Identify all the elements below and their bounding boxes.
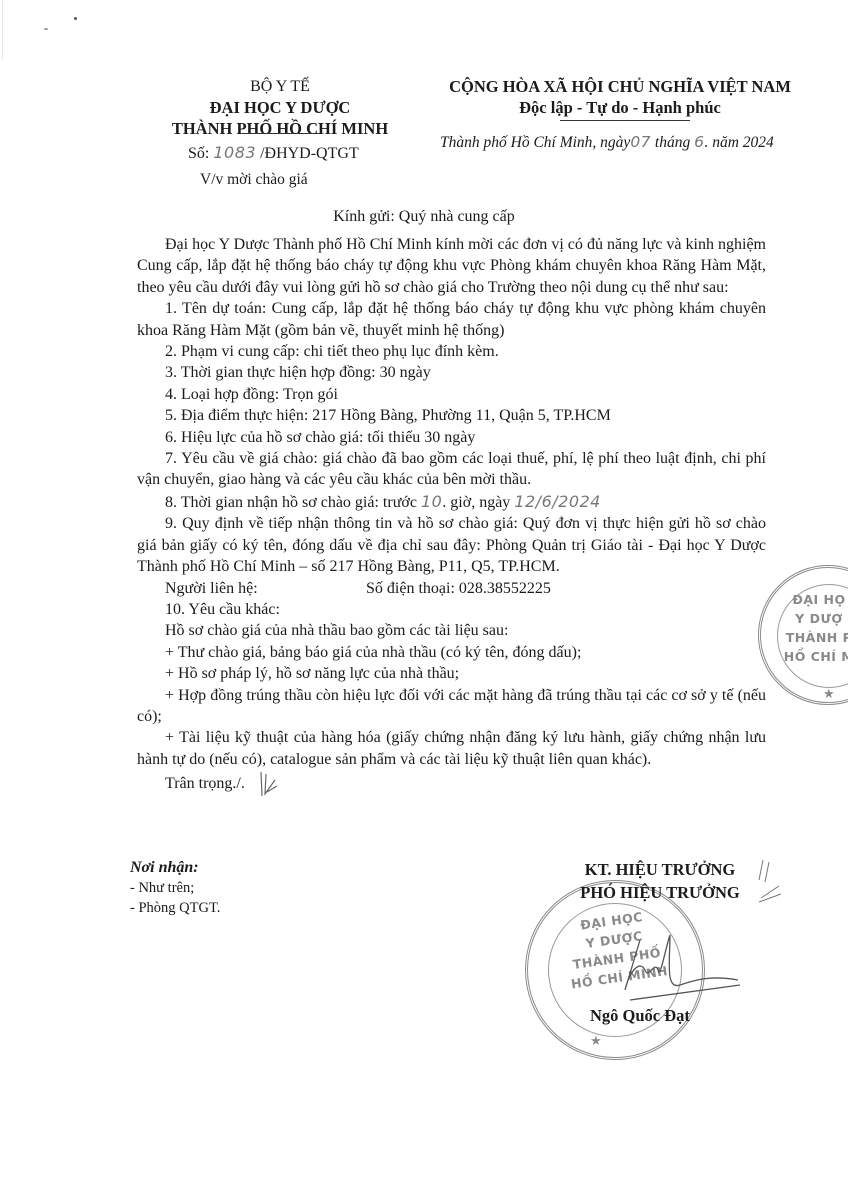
recipients-block: Nơi nhận: - Như trên; - Phòng QTGT. — [130, 858, 220, 918]
closing-line: Trân trọng./. — [137, 770, 766, 798]
ministry-name: BỘ Y TẾ — [150, 76, 410, 97]
contact-phone: Số điện thoại: 028.38552225 — [366, 578, 551, 599]
signer-title: KT. HIỆU TRƯỞNG PHÓ HIỆU TRƯỞNG — [540, 858, 780, 904]
star-icon: ★ — [823, 686, 835, 702]
handwritten-deadline-date: 12/6/2024 — [514, 492, 601, 511]
handwritten-doc-number: 1083 — [213, 143, 256, 162]
required-doc-4: + Tài liệu kỹ thuật của hàng hóa (giấy c… — [137, 727, 766, 770]
signer-title-line2: PHÓ HIỆU TRƯỞNG — [540, 881, 780, 904]
closing-text: Trân trọng./. — [165, 773, 245, 794]
issuer-block: BỘ Y TẾ ĐẠI HỌC Y DƯỢC THÀNH PHỐ HỒ CHÍ … — [150, 76, 410, 139]
initial-mark-icon — [755, 858, 785, 904]
required-doc-1: + Thư chào giá, bảng báo giá của nhà thầ… — [137, 642, 766, 663]
signer-name: Ngô Quốc Đạt — [590, 1006, 690, 1026]
document-subject: V/v mời chào giá — [200, 171, 308, 189]
item-1: 1. Tên dự toán: Cung cấp, lắp đặt hệ thố… — [137, 298, 766, 341]
item-3: 3. Thời gian thực hiện hợp đồng: 30 ngày — [137, 362, 766, 383]
required-doc-3: + Hợp đồng trúng thầu còn hiệu lực đối v… — [137, 685, 766, 728]
star-icon: ★ — [590, 1033, 602, 1049]
signer-title-line1: KT. HIỆU TRƯỞNG — [540, 858, 780, 881]
recipient-item: - Phòng QTGT. — [130, 898, 220, 918]
page-edge — [2, 0, 3, 60]
header-divider — [242, 133, 320, 134]
addressee: Kính gửi: Quý nhà cung cấp — [0, 208, 848, 226]
stamp-text: ĐẠI HỌ Y DƯỢ THÀNH P HỒ CHÍ M — [779, 590, 848, 666]
item-9: 9. Quy định về tiếp nhận thông tin và hồ… — [137, 513, 766, 577]
letter-body: Đại học Y Dược Thành phố Hồ Chí Minh kín… — [137, 234, 766, 798]
national-title: CỘNG HÒA XÃ HỘI CHỦ NGHĨA VIỆT NAM — [430, 76, 810, 97]
recipients-title: Nơi nhận: — [130, 858, 220, 878]
initial-mark-icon — [257, 770, 279, 798]
contact-row: Người liên hệ: Số điện thoại: 028.385522… — [137, 578, 766, 599]
handwritten-month: 6 — [694, 133, 704, 151]
required-doc-2: + Hồ sơ pháp lý, hồ sơ năng lực của nhà … — [137, 663, 766, 684]
item-10-title: 10. Yêu cầu khác: — [137, 599, 766, 620]
motto-underline — [560, 120, 690, 121]
item-10-lead: Hồ sơ chào giá của nhà thầu bao gồm các … — [137, 620, 766, 641]
university-name-line1: ĐẠI HỌC Y DƯỢC — [150, 97, 410, 118]
university-name-line2: THÀNH PHỐ HỒ CHÍ MINH — [150, 118, 410, 139]
page-seal-stamp: ĐẠI HỌ Y DƯỢ THÀNH P HỒ CHÍ M ★ — [758, 565, 848, 705]
item-2: 2. Phạm vi cung cấp: chi tiết theo phụ l… — [137, 341, 766, 362]
item-4: 4. Loại hợp đồng: Trọn gói — [137, 384, 766, 405]
item-7: 7. Yêu cầu về giá chào: giá chào đã bao … — [137, 448, 766, 491]
item-6: 6. Hiệu lực của hồ sơ chào giá: tối thiể… — [137, 427, 766, 448]
recipient-item: - Như trên; — [130, 878, 220, 898]
scan-speck — [44, 28, 48, 30]
signature-icon — [610, 930, 750, 1010]
national-header: CỘNG HÒA XÃ HỘI CHỦ NGHĨA VIỆT NAM Độc l… — [430, 76, 810, 118]
scan-speck — [74, 17, 77, 20]
item-8: 8. Thời gian nhận hồ sơ chào giá: trước … — [137, 491, 766, 513]
issue-date: Thành phố Hồ Chí Minh, ngày07 tháng 6. n… — [440, 133, 774, 152]
contact-person-label: Người liên hệ: — [165, 578, 366, 599]
handwritten-day: 07 — [630, 133, 651, 151]
intro-paragraph: Đại học Y Dược Thành phố Hồ Chí Minh kín… — [137, 234, 766, 298]
national-motto: Độc lập - Tự do - Hạnh phúc — [430, 97, 810, 118]
handwritten-deadline-hour: 10 — [421, 492, 442, 511]
item-5: 5. Địa điểm thực hiện: 217 Hồng Bàng, Ph… — [137, 405, 766, 426]
document-number: Số: 1083 /ĐHYD-QTGT — [188, 143, 359, 163]
